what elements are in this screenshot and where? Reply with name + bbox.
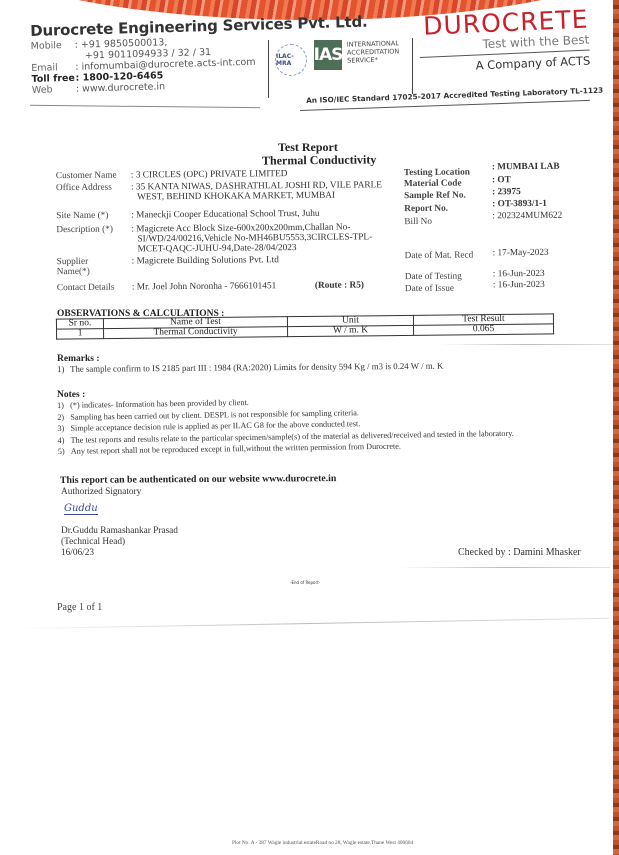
observations-table: Sr no. Name of Test Unit Test Result 1 T… [56, 313, 554, 339]
table-cell: 1 [57, 329, 104, 339]
divider [412, 38, 413, 94]
field-label: Office Address [56, 183, 112, 193]
field-value: : 16-Jun-2023 [493, 280, 545, 290]
field-label: Contact Details [57, 283, 115, 294]
end-of-report: -End of Report- [290, 580, 320, 585]
page-number: Page 1 of 1 [57, 602, 102, 613]
field-label: Description (*) [56, 225, 113, 235]
brand-block: DUROCRETE Test with the Best A Company o… [418, 7, 590, 75]
remark-item: 1)The sample confirm to IS 2185 part III… [57, 361, 443, 376]
field-value: : OT [492, 175, 511, 185]
field-label: Customer Name [56, 171, 117, 182]
table-cell: W / m. K [288, 325, 414, 336]
signature-mark: Guddu [64, 503, 98, 515]
signatory-role: (Technical Head) [61, 537, 178, 548]
ias-line: SERVICE* [347, 55, 399, 64]
table-cell: 0.065 [413, 324, 553, 335]
field-label: Bill No [404, 217, 432, 227]
checked-by: Checked by : Damini Mhasker [458, 547, 581, 558]
field-value: : 202324MUM622 [492, 211, 562, 222]
field-value: : MUMBAI LAB [492, 162, 560, 173]
contact-label: Web [32, 84, 76, 96]
accreditation-text: An ISO/IEC Standard 17025-2017 Accredite… [306, 86, 603, 105]
divider [268, 40, 269, 98]
footer-address: Plot No. A - 387 Wagle industrial estate… [232, 840, 413, 846]
field-value: : 3 CIRCLES (OPC) PRIVATE LIMITED [131, 169, 288, 180]
divider [440, 344, 615, 345]
field-label: Sample Ref No. [404, 191, 466, 202]
report-body: Customer Name : 3 CIRCLES (OPC) PRIVATE … [0, 0, 610, 3]
report-subtitle: Thermal Conductivity [262, 152, 376, 168]
authentication-note: This report can be authenticated on our … [60, 473, 336, 486]
ias-logo-icon: IAS [314, 40, 342, 70]
field-label: Site Name (*) [56, 211, 108, 221]
field-value: : Maneckji Cooper Educational School Tru… [131, 209, 319, 221]
field-label: Testing Location [404, 168, 470, 179]
ias-full-name: INTERNATIONAL ACCREDITATION SERVICE* [347, 39, 400, 64]
divider [10, 618, 610, 629]
field-label: Date of Mat. Recd [405, 250, 474, 261]
background-edge [613, 0, 619, 855]
signatory-date: 16/06/23 [61, 548, 178, 559]
remark-text: The sample confirm to IS 2185 part III :… [70, 361, 443, 374]
ilac-mra-logo-icon: ILAC-MRA [275, 44, 307, 76]
report-page: Durocrete Engineering Services Pvt. Ltd.… [0, 0, 613, 855]
field-value: MCET-QAQC-JUHU-94,Date-28/04/2023 [138, 243, 297, 254]
field-value: : Magicrete Building Solutions Pvt. Ltd [132, 255, 279, 266]
field-label: Supplier [57, 257, 89, 267]
divider [30, 105, 260, 108]
signatory-label: Authorized Signatory [61, 487, 141, 498]
field-value: : 16-Jun-2023 [493, 269, 545, 279]
signatory-name: Dr.Guddu Ramashankar Prasad [61, 526, 178, 537]
remarks-title: Remarks : [57, 354, 99, 364]
field-label: Material Code [404, 179, 462, 190]
remarks-list: 1)The sample confirm to IS 2185 part III… [57, 361, 443, 376]
field-label: Report No. [404, 204, 448, 214]
field-value: : OT-3893/1-1 [492, 199, 547, 209]
field-label: Date of Testing [405, 272, 462, 282]
field-value: : 17-May-2023 [493, 248, 549, 258]
field-value: : Mr. Joel John Noronha - 7666101451 [132, 281, 276, 292]
divider [400, 567, 610, 568]
field-value: : 23975 [492, 187, 521, 197]
route-value: (Route : R5) [315, 280, 364, 290]
field-label: Name(*) [57, 267, 90, 277]
field-label: Date of Issue [405, 284, 454, 294]
field-value: WEST, BEHIND KHOKAKA MARKET, MUMBAI [137, 191, 335, 203]
table-cell: Thermal Conductivity [104, 327, 288, 339]
signatory-details: Dr.Guddu Ramashankar Prasad (Technical H… [61, 526, 178, 559]
notes-title: Notes : [57, 390, 85, 400]
notes-list: 1)(*) indicates- Information has been pr… [57, 393, 514, 458]
note-text: (*) indicates- Information has been prov… [70, 398, 249, 410]
